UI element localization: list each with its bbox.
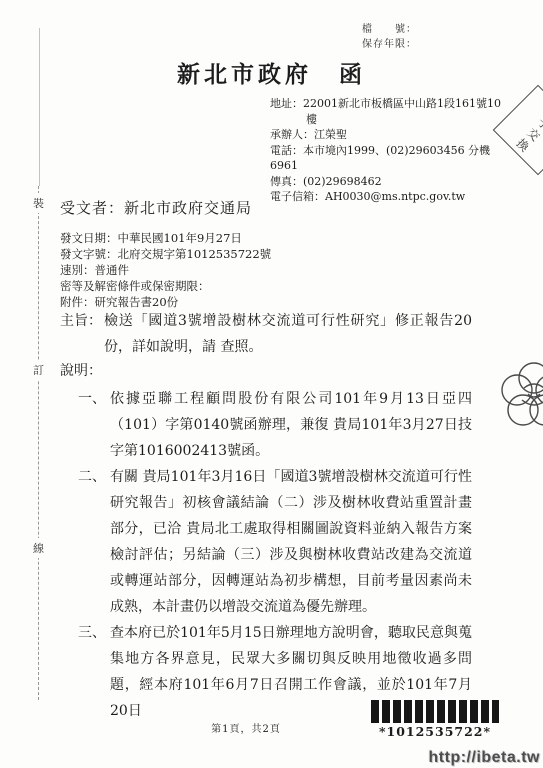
binding-mark-zhuang: 裝 [30, 193, 47, 213]
item-number: 一、 [78, 386, 110, 464]
issue-date: 發文日期：中華民國101年9月27日 [60, 230, 271, 246]
document-title: 新北市政府 函 [0, 56, 543, 89]
sender-fax: 傳真：(02)29698462 [270, 174, 510, 190]
binding-mark-ding: 訂 [30, 360, 47, 380]
retention-period-label: 保存年限： [362, 37, 417, 52]
sender-email: 電子信箱：AH0030@ms.ntpc.gov.tw [270, 189, 510, 205]
file-number-label: 檔 號： [362, 22, 417, 37]
sender-phone: 電話：本市境內1999、(02)29603456 分機6961 [270, 143, 510, 174]
page-number-info: 第1頁，共2頁 [200, 720, 292, 735]
speed-class: 速別：普通件 [60, 262, 271, 278]
official-flower-seal [494, 354, 543, 442]
scan-edge-line [39, 28, 40, 186]
sender-contact-person: 承辦人：江榮聖 [270, 127, 510, 143]
explanation-item-2: 二、 有關 貴局101年3月16日「國道3號增設樹林交流道可行性研究報告」初核會… [78, 464, 472, 620]
item-text: 依據亞聯工程顧問股份有限公司101年9月13日亞四（101）字第0140號函辦理… [110, 386, 472, 464]
scanned-letter-page: 檔 號： 保存年限： 新北市政府 函 地址：22001新北市板橋區中山路1段16… [0, 0, 543, 768]
item-text: 有關 貴局101年3月16日「國道3號增設樹林交流道可行性研究報告」初核會議結論… [110, 464, 472, 620]
ibeta-watermark: http://ibeta.tw [429, 749, 540, 767]
sender-address: 地址：22001新北市板橋區中山路1段161號10樓 [270, 96, 510, 127]
explanation-items: 一、 依據亞聯工程顧問股份有限公司101年9月13日亞四（101）字第0140號… [78, 386, 472, 724]
item-number: 三、 [78, 620, 110, 724]
subject-label: 主旨： [60, 308, 104, 360]
explanation-label: 說明： [60, 360, 102, 380]
binding-mark-xian: 線 [30, 538, 47, 558]
item-number: 二、 [78, 464, 110, 620]
binding-dashed-line [38, 186, 39, 700]
explanation-item-1: 一、 依據亞聯工程顧問股份有限公司101年9月13日亞四（101）字第0140號… [78, 386, 472, 464]
recipient-line: 受文者：新北市政府交通局 [60, 197, 252, 218]
subject-text: 檢送「國道3號增設樹林交流道可行性研究」修正報告20份，詳如說明，請 查照。 [104, 308, 472, 360]
electronic-exchange-stamp-text: 電子交換 [511, 103, 543, 157]
archive-labels: 檔 號： 保存年限： [362, 22, 417, 52]
sender-info-block: 地址：22001新北市板橋區中山路1段161號10樓 承辦人：江榮聖 電話：本市… [270, 96, 510, 205]
document-meta-block: 發文日期：中華民國101年9月27日 發文字號：北府交規字第1012535722… [60, 230, 271, 310]
security-class: 密等及解密條件或保密期限： [60, 278, 271, 294]
barcode-text: *1012535722* [371, 724, 499, 739]
subject-row: 主旨： 檢送「國道3號增設樹林交流道可行性研究」修正報告20份，詳如說明，請 查… [60, 308, 472, 360]
issue-number: 發文字號：北府交規字第1012535722號 [60, 246, 271, 262]
flower-seal-icon [494, 354, 543, 438]
barcode [371, 700, 499, 723]
